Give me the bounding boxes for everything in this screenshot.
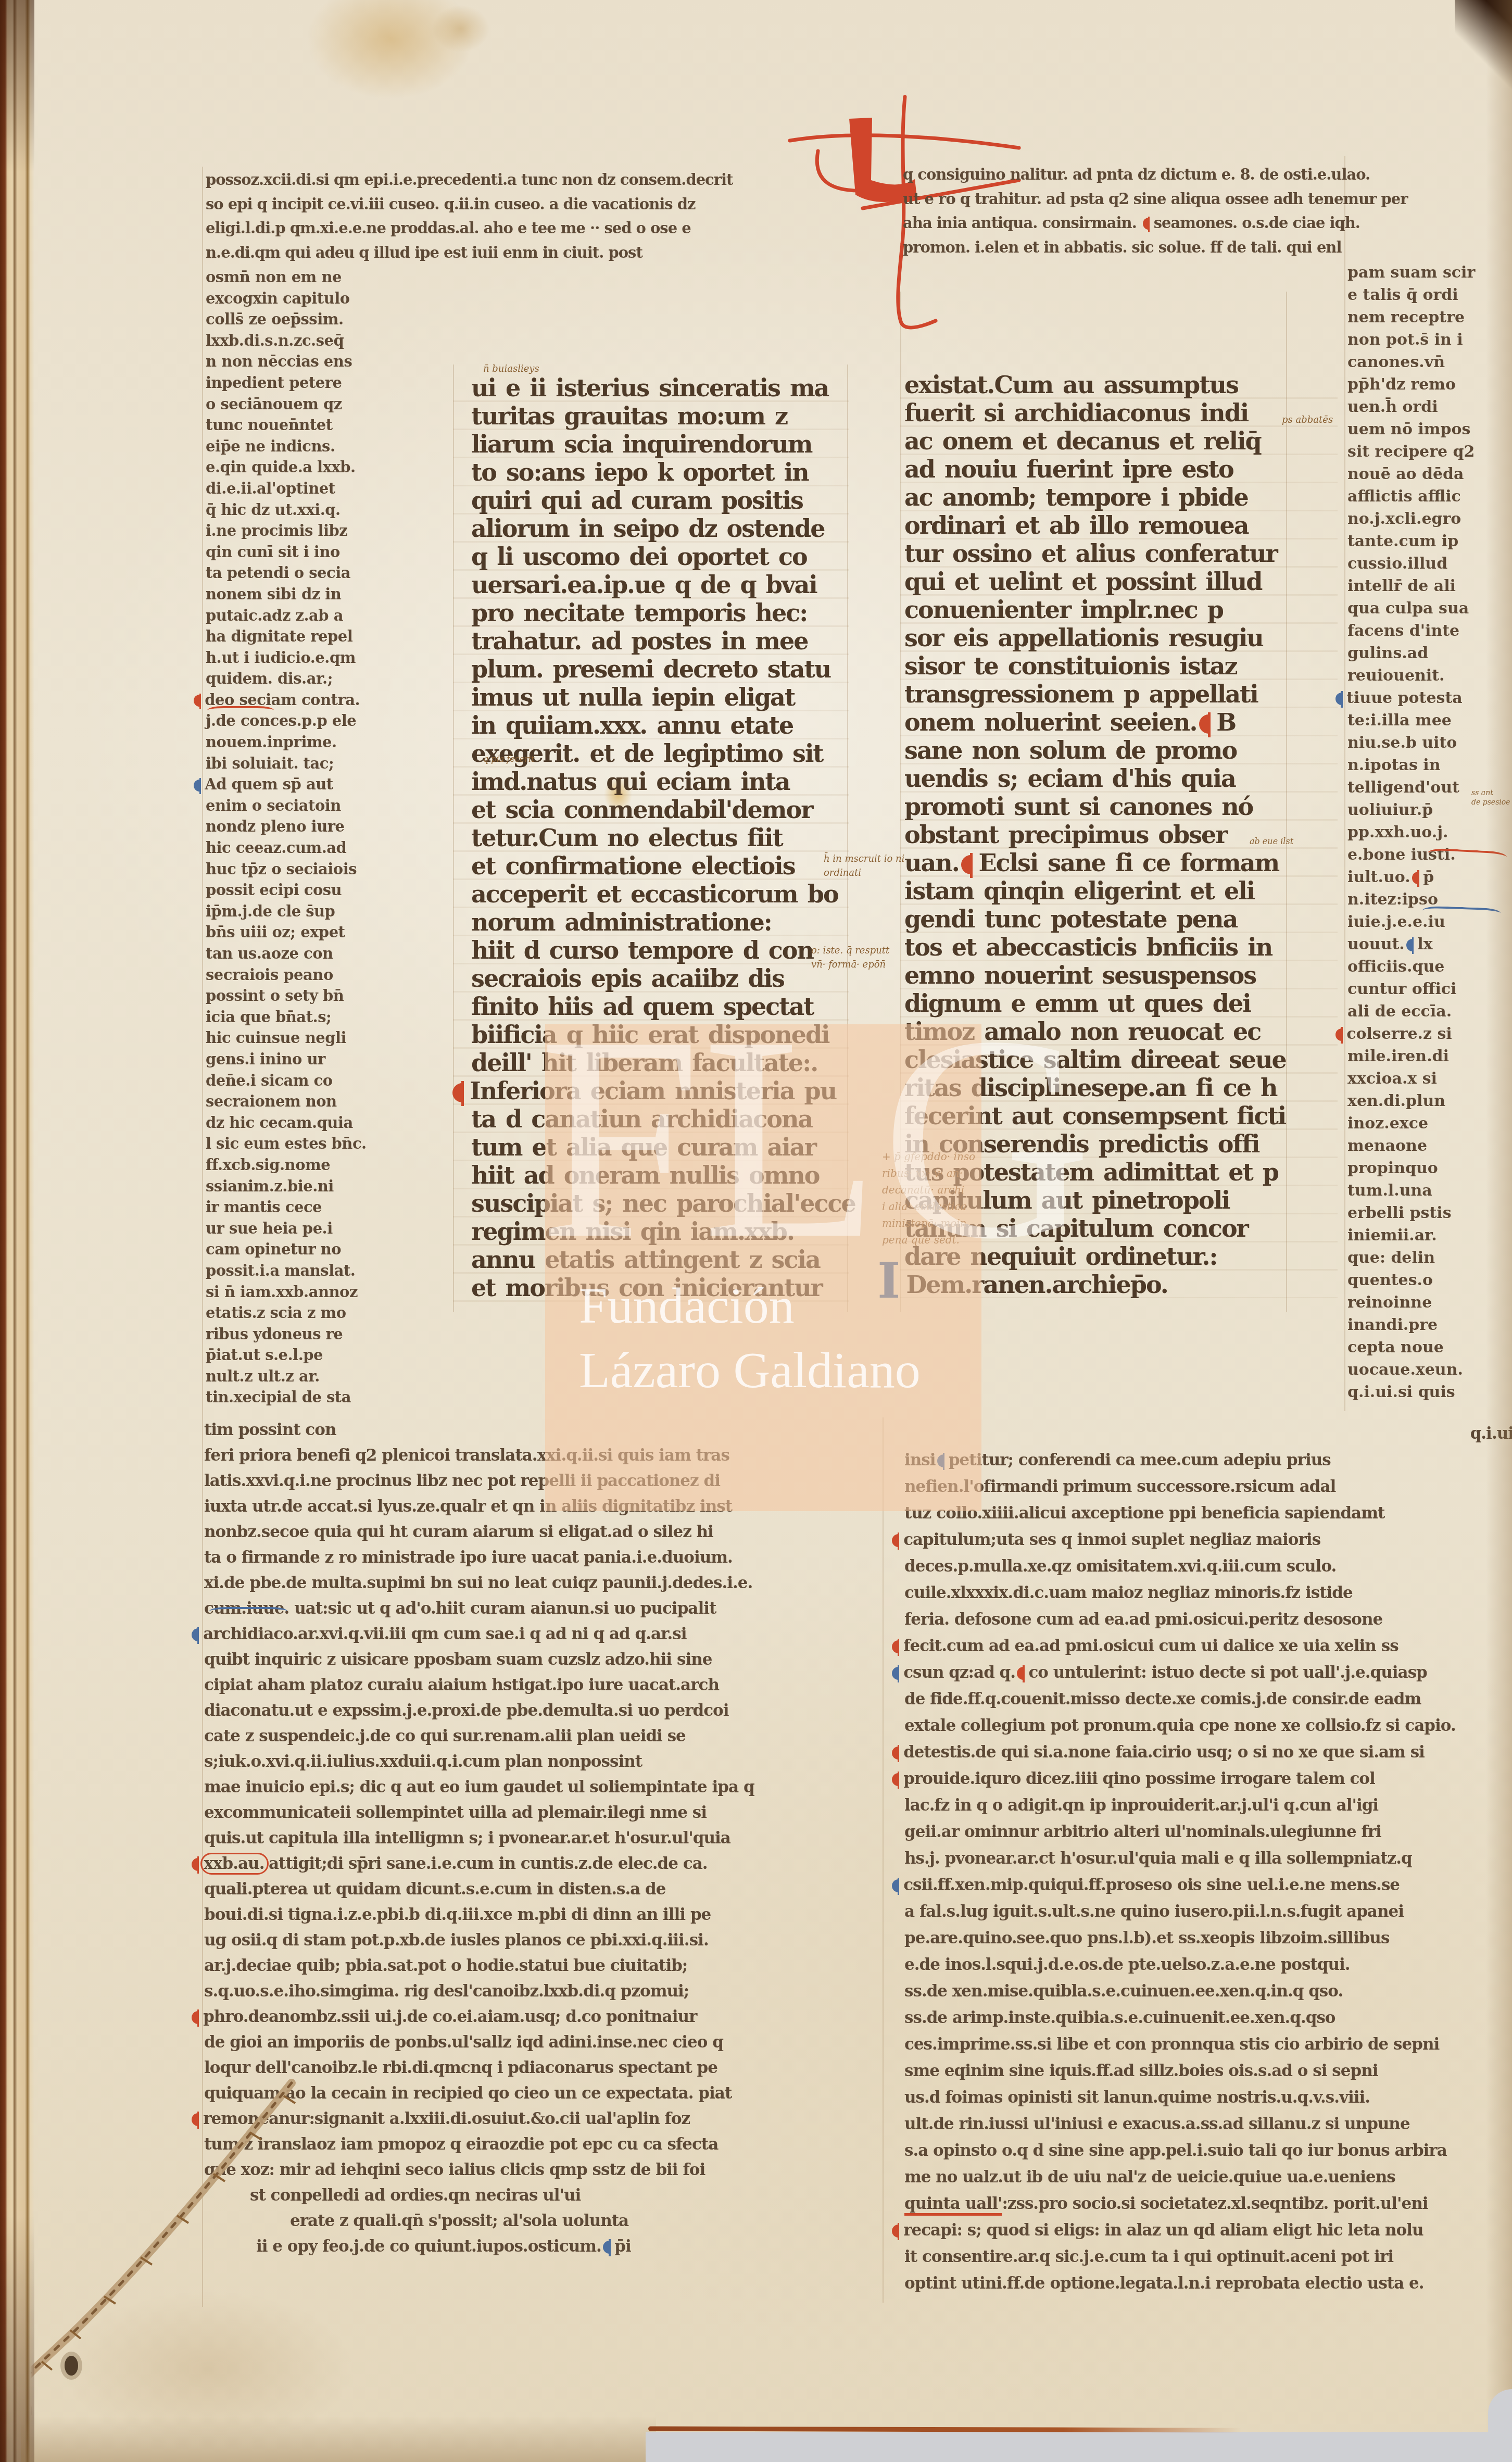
paragraph-mark-icon <box>192 1628 201 1641</box>
text-line: insipetitur; conferendi ca mee.cum adepi… <box>904 1447 1512 1474</box>
text-line: cam opinetur no <box>206 1239 430 1260</box>
watermark-title-line1: Fundación <box>579 1277 795 1335</box>
text-line: ss.de arimp.inste.quibia.s.e.cuinuenit.e… <box>904 2005 1512 2031</box>
text-line: feria. defosone cum ad ea.ad pmi.osicui.… <box>904 1606 1512 1633</box>
text-line: uan.Eclsi sane fi ce formam <box>904 849 1284 877</box>
text-line: recapi: s; quod si eligs: in alaz un qd … <box>904 2217 1512 2244</box>
text-line: cum.iuue. uat:sic ut q ad'o.hiit curam a… <box>204 1596 842 1622</box>
text-line: archidiaco.ar.xvi.q.vii.iii qm cum sae.i… <box>204 1622 842 1647</box>
text-line: o seciānouem qz <box>206 394 430 415</box>
text-line: pro necitate temporis hec: <box>471 599 838 627</box>
text-line: sor eis appellationis resugiu <box>904 624 1284 652</box>
intercolumn-note: h̄ in mscruit io niordinati <box>824 852 904 880</box>
text-line: aha inia antiqua. consirmain. seamones. … <box>903 211 1511 235</box>
text-segment: Eclsi sane fi ce formam <box>978 849 1279 877</box>
text-line: di.e.ii.al'optinet <box>206 478 430 499</box>
text-line: q consiguino nalitur. ad pnta dz dictum … <box>903 162 1511 187</box>
text-line: tunc nouen̄ntet <box>206 414 430 436</box>
text-segment: uouut. <box>1347 935 1405 953</box>
text-line: ad nouiu fuerint ipre esto <box>904 455 1284 483</box>
text-line: ps abbatēs <box>1282 414 1333 426</box>
text-line: q.i.ui <box>904 1421 1512 1447</box>
red-flourish <box>207 706 274 714</box>
text-line: uersari.ea.ip.ue q de q bvai <box>471 571 838 599</box>
paragraph-mark-icon <box>1199 714 1213 734</box>
text-segment: attigit;di sp̄ri sane.i.e.cum in cuntis.… <box>269 1854 708 1873</box>
stitched-repair <box>0 2046 323 2442</box>
text-line: diaconatu.ut e expssim.j.e.proxi.de pbe.… <box>204 1698 842 1724</box>
text-line: colls̄ ze oep̄ssim. <box>206 309 430 330</box>
text-line: ssianim.z.bie.ni <box>206 1176 430 1197</box>
ruling-line <box>883 1417 884 2303</box>
text-line: ui e ii isterius sinceratis ma <box>471 374 838 402</box>
text-line: ta petendi o secia <box>206 562 430 584</box>
text-segment: uan. <box>904 849 959 877</box>
text-line: h̄ in mscruit io ni <box>824 852 904 866</box>
page-edge-shade-right <box>1486 0 1512 2462</box>
book-binding-edge <box>0 0 34 2462</box>
text-segment: petitur; conferendi ca mee.cum adepiu pr… <box>949 1451 1331 1469</box>
wormhole <box>65 2356 78 2376</box>
text-line: sane non solum de promo <box>904 736 1284 764</box>
text-line: ibi soluiait. tac; <box>206 753 430 774</box>
text-line: conuenienter implr.nec p <box>904 596 1284 624</box>
text-line: sisor te constituionis istaz <box>904 652 1284 680</box>
text-line: si n̄ iam.xxb.annoz <box>206 1282 430 1303</box>
text-line: detestis.de qui si.a.none faia.cirio usq… <box>904 1739 1512 1766</box>
text-line: cipiat aham platoz curaiu aiaium hstigat… <box>204 1673 842 1698</box>
paragraph-mark-icon <box>892 1640 901 1653</box>
text-line: s;iuk.o.xvi.q.ii.iulius.xxduii.q.i.cum p… <box>204 1749 842 1775</box>
text-line: n non nēccias ens <box>206 351 430 372</box>
text-line: de fide.ff.q.couenit.misso decte.xe comi… <box>904 1686 1512 1713</box>
paragraph-mark-icon <box>1143 218 1152 230</box>
text-segment: seamones. o.s.de ciae iqh. <box>1154 214 1360 232</box>
watermark-logo-letters: FLG <box>539 992 1093 1284</box>
text-line: sme eqinim sine iquis.ff.ad sillz.boies … <box>904 2058 1512 2084</box>
text-line: nonem sibi dz in <box>206 584 430 605</box>
text-segment: aha inia antiqua. consirmain. <box>903 214 1141 232</box>
text-line: n.e.di.qm qui adeu q illud ipe est iuii … <box>206 241 838 265</box>
paragraph-mark-icon <box>1335 693 1344 705</box>
text-line: ar.j.deciae quib; pbia.sat.pot o hodie.s… <box>204 1953 842 1979</box>
text-line: eip̄e ne indicns. <box>206 436 430 457</box>
text-line: a fal.s.lug iguit.s.ult.s.ne quino iuser… <box>904 1899 1512 1925</box>
text-segment: xxb.au. <box>200 1853 269 1875</box>
text-line: in quiiam.xxx. annu etate <box>471 711 838 739</box>
text-line: o: iste. q̄ resputt <box>811 944 889 958</box>
text-segment: iult.uo. <box>1347 868 1410 886</box>
text-line: ribus ydoneus re <box>206 1324 430 1345</box>
text-line: tos et abeccasticis bnficiis in <box>904 933 1284 961</box>
text-line: hs.j. pvonear.ar.ct h'osur.ul'quia mali … <box>904 1845 1512 1872</box>
text-segment: quinta uall' <box>904 2194 1002 2216</box>
text-line: nefien.l'ofirmandi primum successore.rsi… <box>904 1474 1512 1500</box>
text-line: imus ut nulla iepin eligat <box>471 683 838 711</box>
paragraph-mark-icon <box>961 855 975 874</box>
text-line: xi.de pbe.de multa.supimi bn sui no leat… <box>204 1571 842 1596</box>
text-line: possint o sety bn̄ <box>206 985 430 1007</box>
text-line: uendis s; eciam d'his quia <box>904 764 1284 793</box>
text-line: geii.ar ominnur arbitrio alteri ul'nomin… <box>904 1819 1512 1845</box>
text-line: ug osii.q di stam pot.p.xb.de iusles pla… <box>204 1928 842 1953</box>
text-segment: onem noluerint seeien. <box>904 708 1196 736</box>
gloss-top-right: q consiguino nalitur. ad pnta dz dictum … <box>903 162 1511 259</box>
text-line: phro.deanombz.ssii ui.j.de co.ei.aiam.us… <box>204 2004 842 2030</box>
gloss-bottom-right: q.i.uiinsipetitur; conferendi ca mee.cum… <box>904 1421 1512 2297</box>
ruling-line <box>202 167 203 2307</box>
text-line: n̄ buiaslieys <box>483 363 539 375</box>
text-line: pe.are.quino.see.quo pns.l.b).et ss.xeop… <box>904 1925 1512 1952</box>
text-line: tetur.Cum no electus fiit <box>471 824 838 852</box>
backdrop-below-page <box>646 2432 1512 2462</box>
text-line: lxxb.di.s.n.zc.seq̄ <box>206 330 430 351</box>
text-line: quiri qui ad curam positis <box>471 486 838 514</box>
text-line: e.de inos.l.squi.j.d.e.os.de pte.uelso.z… <box>904 1952 1512 1978</box>
text-line: quinta uall':zss.pro socio.si societatez… <box>904 2191 1512 2217</box>
paragraph-mark-icon <box>194 780 203 792</box>
text-segment: co untulerint: istuo decte si pot uall'.… <box>1028 1663 1427 1682</box>
gloss-top-left: possoz.xcii.di.si qm epi.i.e.precedenti.… <box>206 168 838 265</box>
text-line: i.ne procimis libz <box>206 520 430 542</box>
text-line: ip̄m.j.de cle s̄up <box>206 901 430 922</box>
text-line: secraiois peano <box>206 964 430 986</box>
text-line: qin cunī sit i ino <box>206 542 430 563</box>
text-line: liarum scia inquirendorum <box>471 430 838 458</box>
parchment-page: possoz.xcii.di.si qm epi.i.e.precedenti.… <box>0 0 1512 2462</box>
text-line: tur ossino et alius conferatur <box>904 539 1284 568</box>
text-line: xxb.au.attigit;di sp̄ri sane.i.e.cum in … <box>204 1851 842 1877</box>
gloss-left-margin: osmn̄ non em neexcogxin capitulocolls̄ z… <box>206 267 430 1408</box>
text-line: norum administratione: <box>471 908 838 936</box>
text-line: us.d foimas opinisti sit lanun.quime nos… <box>904 2084 1512 2111</box>
text-line: ac anomb; tempore i pbide <box>904 483 1284 511</box>
text-line: hic ceeaz.cum.ad <box>206 837 430 859</box>
text-line: prouide.iquro dicez.iiii qino possime ir… <box>904 1766 1512 1792</box>
paragraph-mark-icon <box>603 2241 612 2254</box>
text-line: it consentire.ar.q sic.j.e.cum ta i qui … <box>904 2244 1512 2270</box>
text-line: p̄iat.ut s.e.l.pe <box>206 1345 430 1366</box>
interlinear-note: q pia fecerit <box>483 754 534 764</box>
text-line: ab eue ilst <box>1250 836 1293 847</box>
paragraph-mark-icon <box>892 1534 901 1547</box>
text-segment: B <box>1216 708 1236 736</box>
text-line: capitulum;uta ses q inmoi suplet negliaz… <box>904 1527 1512 1553</box>
text-line: qui et uelint et possint illud <box>904 568 1284 596</box>
interlinear-note: n̄ buiaslieys <box>483 363 539 375</box>
text-line: ha dignitate repel <box>206 626 430 647</box>
text-line: ur sue heia pe.i <box>206 1218 430 1239</box>
text-segment: csun qz:ad q. <box>903 1663 1015 1682</box>
text-line: putaic.adz z.ab a <box>206 605 430 626</box>
text-line: quibt inquiric z uisicare pposbam suam c… <box>204 1647 842 1673</box>
text-line: csii.ff.xen.mip.quiqui.ff.proseso ois si… <box>904 1872 1512 1899</box>
text-line: tin.xecipial de sta <box>206 1387 430 1408</box>
margin-note: ab eue ilst <box>1250 836 1293 847</box>
text-line: et scia conmendabil'demor <box>471 796 838 824</box>
paragraph-mark-icon <box>892 1747 901 1760</box>
paragraph-mark-icon <box>194 695 203 707</box>
manuscript-photo: { "meta": { "description": "Photograph o… <box>0 0 1512 2462</box>
text-line: ordinati <box>824 866 904 880</box>
text-line: ut e ro q trahitur. ad psta q2 sine aliq… <box>903 187 1511 211</box>
text-line: csun qz:ad q.co untulerint: istuo decte … <box>904 1660 1512 1686</box>
text-line: quidem. dis.ar.; <box>206 668 430 689</box>
text-line: ff.xcb.sig.nome <box>206 1154 430 1176</box>
text-line: existat.Cum au assumptus <box>904 371 1284 399</box>
text-line: enim o seciatoin <box>206 795 430 817</box>
paragraph-mark-icon <box>1017 1667 1026 1680</box>
text-line: quis.ut capitula illa intelligmn s; i pv… <box>204 1826 842 1851</box>
text-line: transgressionem p appellati <box>904 680 1284 708</box>
text-line: vn̄· formā· epōn̄ <box>811 958 889 972</box>
text-segment: lx <box>1417 935 1432 953</box>
text-line: gens.i inino ur <box>206 1049 430 1070</box>
text-line: aliorum in seipo dz ostende <box>471 514 838 543</box>
text-line: s.a opinsto o.q d sine sine app.pel.i.su… <box>904 2138 1512 2164</box>
text-line: bn̄s uiii oz; expet <box>206 922 430 943</box>
text-line: acceperit et eccasticorum bo <box>471 880 838 908</box>
text-line: huc tp̄z o seciaiois <box>206 859 430 880</box>
ruling-line <box>1344 156 1345 1411</box>
parchment-stain <box>432 5 489 52</box>
text-segment: p̄i <box>614 2237 631 2256</box>
paragraph-mark-icon <box>892 1773 901 1786</box>
text-line: ordinari et ab illo remouea <box>904 511 1284 539</box>
text-line: possoz.xcii.di.si qm epi.i.e.precedenti.… <box>206 168 838 192</box>
text-line: obstant precipimus obser <box>904 821 1284 849</box>
text-line: hiit d curso tempore d con <box>471 936 838 964</box>
text-line: q̄ hic dz ut.xxi.q. <box>206 499 430 521</box>
text-line: q pia fecerit <box>483 754 534 764</box>
paragraph-mark-icon <box>1335 1028 1344 1041</box>
text-line: promoti sunt si canones nó <box>904 793 1284 821</box>
text-line: e.qin quide.a lxxb. <box>206 457 430 478</box>
text-line: excogxin capitulo <box>206 288 430 309</box>
text-segment: p̄ <box>1423 868 1434 886</box>
intercolumn-note: o: iste. q̄ resputtvn̄· formā· epōn̄ <box>811 944 889 972</box>
text-line: gendi tunc potestate pena <box>904 905 1284 933</box>
text-line: turitas grauitas mo:um z <box>471 402 838 430</box>
text-line: eligi.l.di.p qm.xi.e.e.ne proddas.al. ah… <box>206 216 838 241</box>
text-line: extale collegium pot pronum.quia cpe non… <box>904 1713 1512 1739</box>
text-line: Ad quem sp̄ aut <box>206 774 430 795</box>
text-line: nult.z ult.z ar. <box>206 1366 430 1387</box>
text-line: tan us.aoze con <box>206 943 430 964</box>
text-line: me no ualz.ut ib de uiu nal'z de ueicie.… <box>904 2164 1512 2191</box>
text-line: possit.i.a manslat. <box>206 1260 430 1282</box>
text-line: h.ut i iudicio.e.qm <box>206 647 430 669</box>
text-line: fecit.cum ad ea.ad pmi.osicui cum ui dal… <box>904 1633 1512 1660</box>
text-line: inpedient petere <box>206 372 430 394</box>
text-line: lac.fz in q o adigit.qn ip inprouiderit.… <box>904 1792 1512 1819</box>
text-line: trahatur. ad postes in mee <box>471 627 838 655</box>
text-line: s.q.uo.s.e.iho.simgima. rig desl'canoibz… <box>204 1979 842 2004</box>
text-line: cuile.xlxxxix.di.c.uam maioz negliaz min… <box>904 1580 1512 1606</box>
text-line: onem noluerint seeien.B <box>904 708 1284 736</box>
text-line: ac onem et decanus et reliq̄ <box>904 427 1284 455</box>
text-line: istam qinqin eligerint et eli <box>904 877 1284 905</box>
text-line: ir mantis cece <box>206 1197 430 1218</box>
text-line: cate z suspendeic.j.de co qui sur.renam.… <box>204 1724 842 1749</box>
text-segment: :zss.pro socio.si societatez.xl.seqntibz… <box>1002 2194 1428 2213</box>
text-line: et confirmatione electiois <box>471 852 838 880</box>
paragraph-mark-icon <box>892 1879 901 1892</box>
paragraph-mark-icon <box>892 2225 901 2238</box>
paragraph-mark-icon <box>892 1667 901 1680</box>
text-line: plum. presemi decreto statu <box>471 655 838 683</box>
text-line: ces.imprime.ss.si libe et con pronnqua s… <box>904 2031 1512 2058</box>
text-line: nonbz.secoe quia qui ht curam aiarum si … <box>204 1519 842 1545</box>
text-line: so epi q incipit ce.vi.iii cuseo. q.ii.i… <box>206 192 838 217</box>
text-line: tuz collo.xiiii.alicui axceptione ppi be… <box>904 1500 1512 1527</box>
page-edge-shade-bottom <box>21 2416 656 2462</box>
paragraph-mark-icon <box>452 1083 467 1102</box>
text-line: ta o firmande z ro ministrade ipo iure u… <box>204 1545 842 1571</box>
text-line: dz hic cecam.quia <box>206 1112 430 1134</box>
watermark-title-line2: Lázaro Galdiano <box>579 1341 921 1400</box>
margin-note: ps abbatēs <box>1282 414 1333 426</box>
text-line: fuerit si archidiaconus indi <box>904 399 1284 427</box>
text-line: mae inuicio epi.s; dic q aut eo ium gaud… <box>204 1775 842 1800</box>
paragraph-mark-icon <box>192 1858 201 1871</box>
text-line: nouem.inprime. <box>206 732 430 753</box>
text-line: den̄e.i sicam co <box>206 1070 430 1091</box>
paragraph-mark-icon <box>1406 939 1415 951</box>
text-line: ss.de xen.mise.quibla.s.e.cuinuen.ee.xen… <box>904 1978 1512 2005</box>
text-line: boui.di.si tigna.i.z.e.pbi.b di.q.iii.xc… <box>204 1902 842 1928</box>
text-line: icia que bn̄at.s; <box>206 1007 430 1028</box>
paragraph-mark-icon <box>1412 872 1421 884</box>
text-line: secraionem non <box>206 1091 430 1112</box>
text-line: to so:ans iepo k oportet in <box>471 458 838 486</box>
blue-flourish <box>209 1607 287 1615</box>
backdrop-corner <box>1488 2389 1512 2462</box>
text-line: possit ecipi cosu <box>206 880 430 901</box>
text-line: excommunicateii sollempintet uilla ad pl… <box>204 1800 842 1826</box>
text-line: nondz pleno iure <box>206 816 430 837</box>
paragraph-mark-icon <box>192 2011 201 2024</box>
text-line: quali.pterea ut quidam dicunt.s.e.cum in… <box>204 1877 842 1902</box>
text-line: osmn̄ non em ne <box>206 267 430 288</box>
text-line: imd.natus qui eciam inta <box>471 768 838 796</box>
text-line: promon. i.elen et in abbatis. sic solue.… <box>903 235 1511 260</box>
text-line: deces.p.mulla.xe.qz omisitatem.xvi.q.iii… <box>904 1553 1512 1580</box>
text-line: l sic eum estes bn̄c. <box>206 1133 430 1154</box>
text-line: optint utini.ff.de optione.legata.l.n.i … <box>904 2270 1512 2297</box>
text-line: hic cuinsue negli <box>206 1027 430 1049</box>
text-line: etatis.z scia z mo <box>206 1302 430 1324</box>
text-line: ult.de rin.iussi ul'iniusi e exacus.a.ss… <box>904 2111 1512 2138</box>
text-line: q li uscomo dei oportet co <box>471 543 838 571</box>
